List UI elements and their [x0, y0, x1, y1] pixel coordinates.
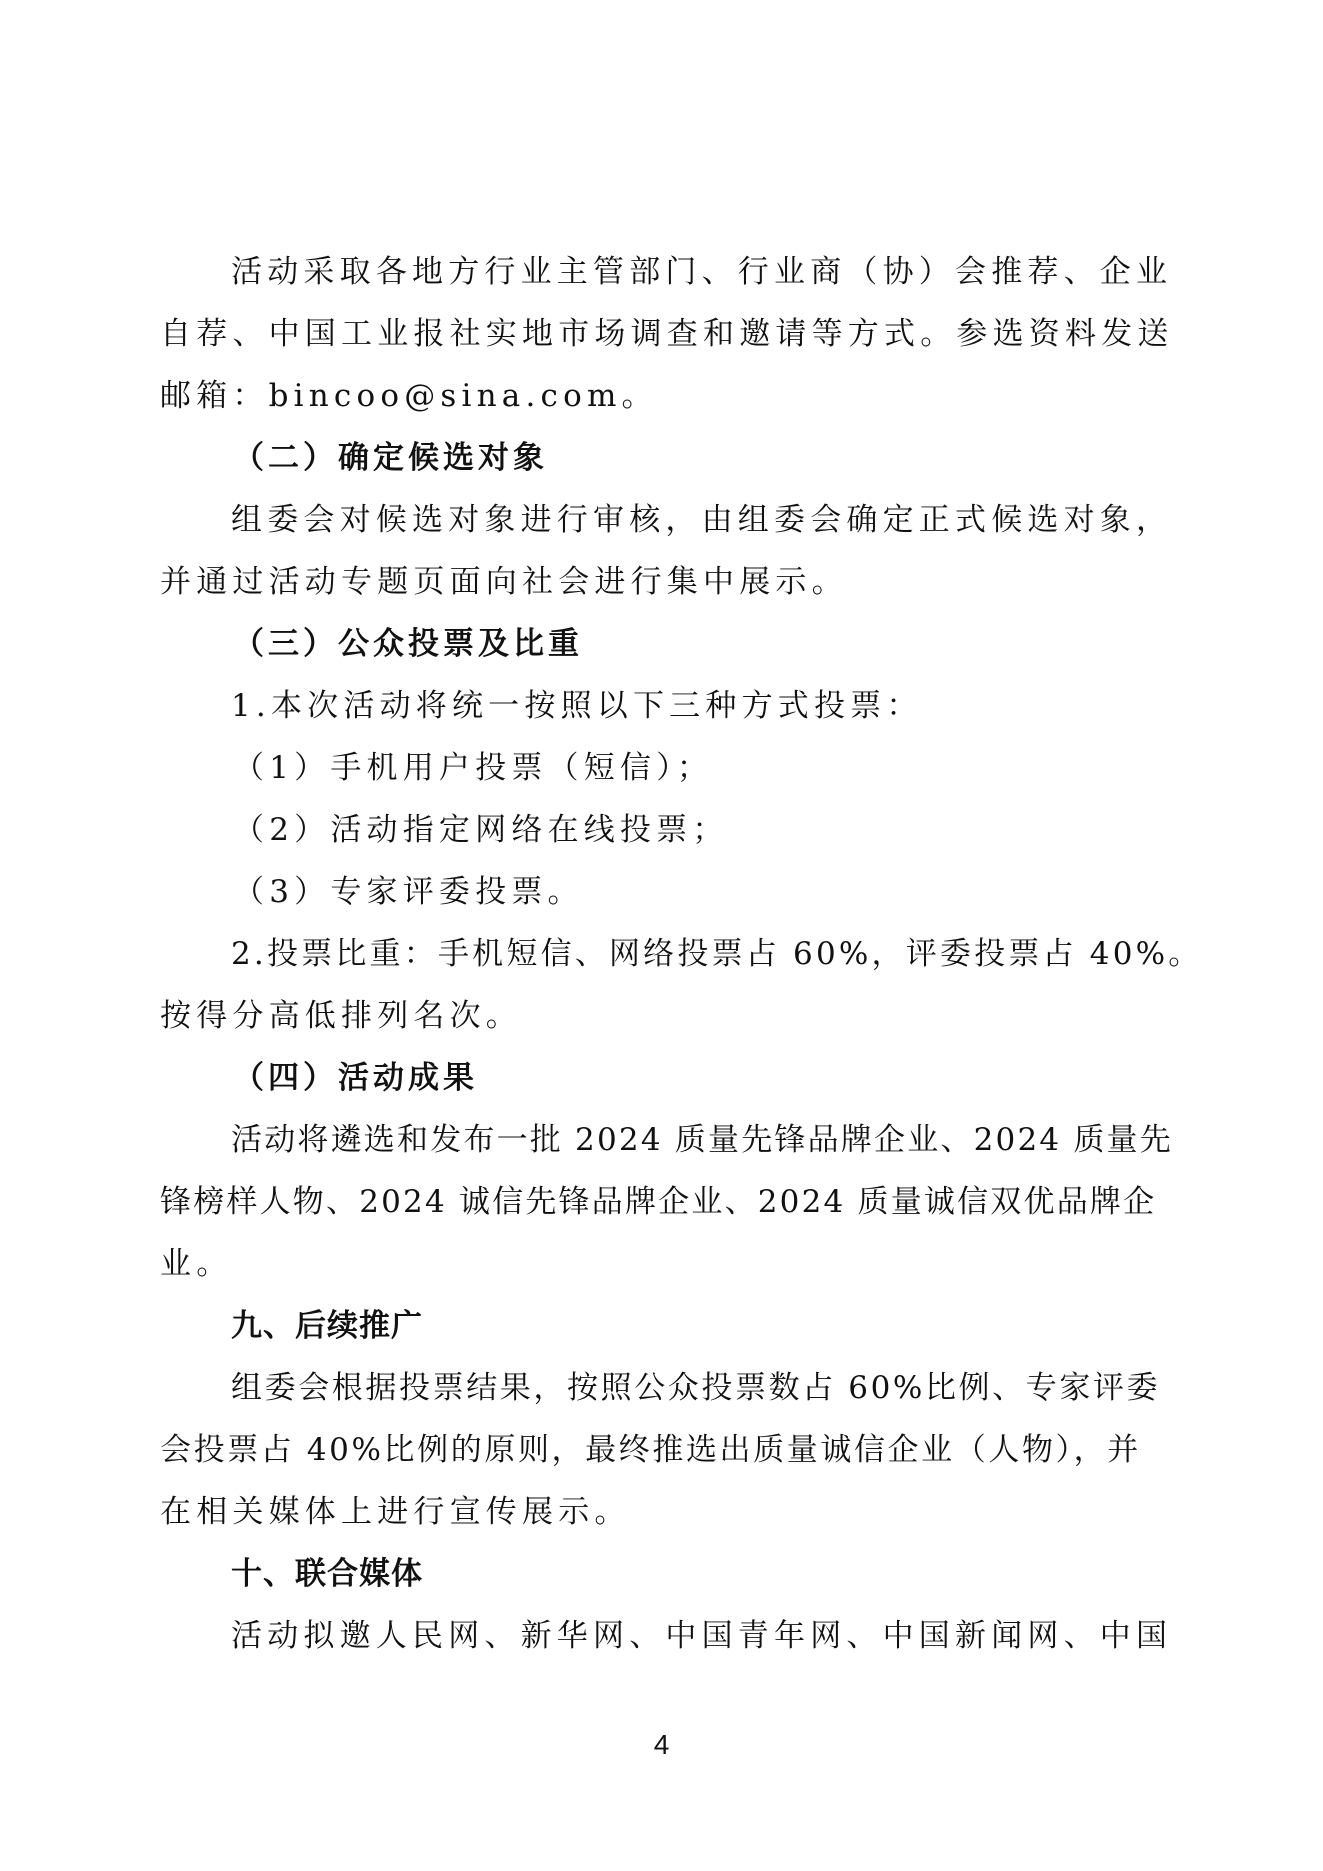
section-9-heading: 九、后续推广	[231, 1304, 1241, 1348]
section-4-line-2: 锋榜样人物、2024 诚信先锋品牌企业、2024 质量诚信双优品牌企	[160, 1180, 1170, 1224]
section-4-line-1: 活动将遴选和发布一批 2024 质量先锋品牌企业、2024 质量先	[231, 1118, 1241, 1162]
section-9-line-2: 会投票占 40%比例的原则，最终推选出质量诚信企业（人物），并	[160, 1428, 1170, 1472]
section-4-heading: （四）活动成果	[233, 1056, 1243, 1100]
section-3-item-2-line-2: 按得分高低排列名次。	[160, 994, 1170, 1038]
section-2-line-1: 组委会对候选对象进行审核，由组委会确定正式候选对象，	[231, 498, 1170, 542]
vote-method-1: （1）手机用户投票（短信）；	[233, 746, 1243, 790]
section-10-heading: 十、联合媒体	[231, 1552, 1241, 1596]
intro-line-2: 自荐、中国工业报社实地市场调查和邀请等方式。参选资料发送	[160, 312, 1170, 356]
section-3-item-2-line-1: 2.投票比重：手机短信、网络投票占 60%，评委投票占 40%。	[231, 932, 1241, 976]
section-2-line-2: 并通过活动专题页面向社会进行集中展示。	[160, 560, 1170, 604]
section-9-line-1: 组委会根据投票结果，按照公众投票数占 60%比例、专家评委	[231, 1366, 1241, 1410]
section-9-line-3: 在相关媒体上进行宣传展示。	[160, 1490, 1170, 1534]
section-10-line-1: 活动拟邀人民网、新华网、中国青年网、中国新闻网、中国	[231, 1614, 1170, 1658]
section-3-heading: （三）公众投票及比重	[233, 622, 1243, 666]
intro-line-3-email: 邮箱：bincoo@sina.com。	[160, 374, 1170, 418]
section-2-heading: （二）确定候选对象	[233, 436, 1243, 480]
page-number: 4	[0, 1728, 1323, 1762]
intro-line-1: 活动采取各地方行业主管部门、行业商（协）会推荐、企业	[231, 250, 1170, 294]
section-3-item-1: 1.本次活动将统一按照以下三种方式投票：	[231, 684, 1241, 728]
vote-method-2: （2）活动指定网络在线投票；	[233, 808, 1243, 852]
document-page: 活动采取各地方行业主管部门、行业商（协）会推荐、企业 自荐、中国工业报社实地市场…	[0, 0, 1323, 1871]
section-4-line-3: 业。	[160, 1242, 1170, 1286]
vote-method-3: （3）专家评委投票。	[233, 870, 1243, 914]
